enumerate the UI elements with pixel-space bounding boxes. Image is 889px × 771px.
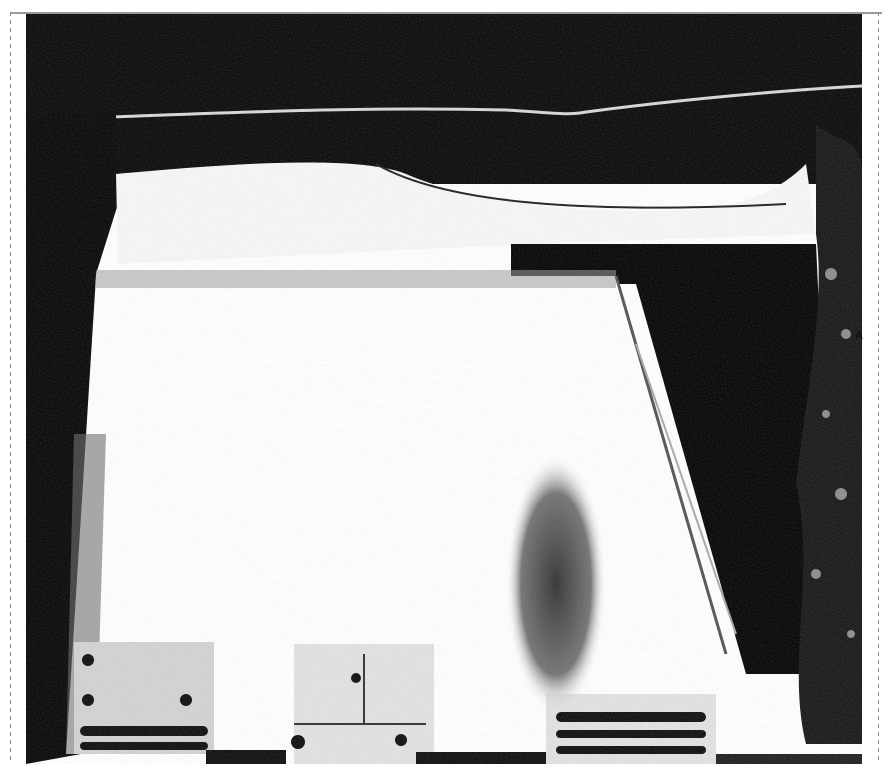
photo-scene xyxy=(26,14,862,764)
frame-border-right xyxy=(878,12,879,762)
photograph xyxy=(26,14,862,764)
film-grain xyxy=(26,14,862,764)
annotation-label: A xyxy=(855,330,863,342)
frame-border-left xyxy=(10,12,11,762)
scanned-photo-frame: A xyxy=(0,0,889,771)
